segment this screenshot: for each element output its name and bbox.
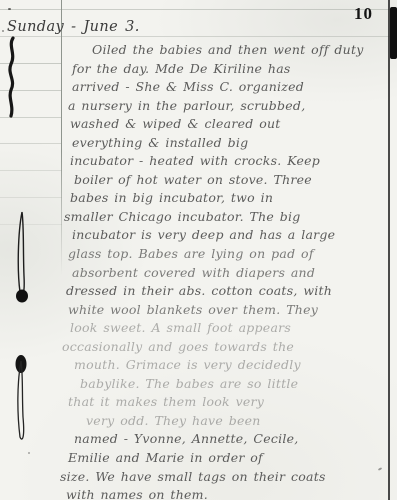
entry-date-heading: Sunday - June 3.: [7, 19, 140, 35]
handwritten-line: for the day. Mde De Kiriline has: [60, 60, 394, 79]
ink-speck: [8, 8, 11, 10]
handwritten-line: washed & wiped & cleared out: [60, 115, 394, 134]
handwritten-line: absorbent covered with diapers and: [60, 264, 394, 283]
handwritten-line: incubator is very deep and has a large: [60, 226, 394, 245]
handwritten-line: named - Yvonne, Annette, Cecile,: [60, 430, 394, 449]
ruled-line-stub: [0, 143, 62, 144]
ruled-line: [0, 9, 397, 10]
handwritten-line: that it makes them look very: [60, 393, 394, 412]
handwritten-line: a nursery in the parlour, scrubbed,: [60, 97, 394, 116]
handwritten-line: boiler of hot water on stove. Three: [60, 171, 394, 190]
ink-loop-mark: [12, 355, 32, 447]
handwritten-line: glass top. Babes are lying on pad of: [60, 245, 394, 264]
ruled-line-stub: [0, 197, 62, 198]
handwritten-line: very odd. They have been: [60, 412, 394, 431]
handwritten-line: arrived - She & Miss C. organized: [60, 78, 394, 97]
handwritten-line: white wool blankets over them. They: [60, 301, 394, 320]
handwritten-line: mouth. Grimace is very decidedly: [60, 356, 394, 375]
handwritten-line: look sweet. A small foot appears: [60, 319, 394, 338]
ruled-line: [0, 36, 397, 37]
handwritten-line: incubator - heated with crocks. Keep: [60, 152, 394, 171]
ink-speck: [2, 30, 4, 32]
handwritten-line: babes in big incubator, two in: [60, 189, 394, 208]
diary-page: 10 Sunday - June 3. Oiled the babies and…: [0, 0, 397, 500]
handwritten-line: Oiled the babies and then went off duty: [60, 41, 394, 60]
ruled-line-stub: [0, 170, 62, 171]
handwritten-line: size. We have small tags on their coats: [60, 468, 394, 487]
handwritten-line: dressed in their abs. cotton coats, with: [60, 282, 394, 301]
handwritten-line: babylike. The babes are so little: [60, 375, 394, 394]
entry-text: Oiled the babies and then went off dutyf…: [60, 41, 394, 500]
handwritten-line: smaller Chicago incubator. The big: [60, 208, 394, 227]
handwritten-line: Emilie and Marie in order of: [60, 449, 394, 468]
handwritten-line: everything & installed big: [60, 134, 394, 153]
ink-speck: [28, 452, 30, 454]
ink-loop-mark: [14, 210, 34, 306]
ink-squiggle-mark: [5, 36, 23, 120]
handwritten-line: occasionally and goes towards the: [60, 338, 394, 357]
page-number: 10: [354, 4, 373, 24]
handwritten-line: with names on them.: [60, 486, 394, 500]
